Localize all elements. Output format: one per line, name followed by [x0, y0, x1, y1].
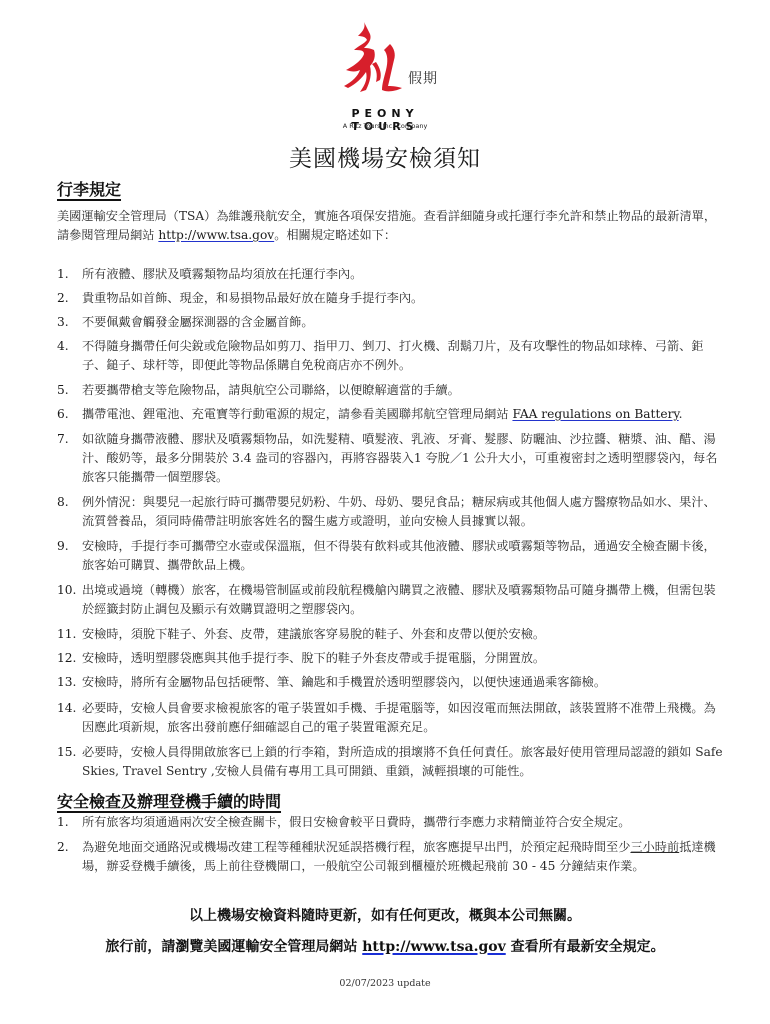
list-number: 3.	[57, 313, 69, 332]
tsa-reminder-notice: 旅行前，請瀏覽美國運輸安全管理局網站 http://www.tsa.gov 查看…	[0, 936, 770, 956]
disclaimer-notice: 以上機場安檢資料隨時更新，如有任何更改，概與本公司無關。	[0, 905, 770, 925]
list-text: 攜帶電池、鋰電池、充電寶等行動電源的規定，請參看美國聯邦航空管理局網站	[82, 407, 512, 421]
list-item: 15. 必要時，安檢人員得開啟旅客已上鎖的行李箱，對所造成的損壞將不負任何責任。…	[57, 743, 727, 781]
peony-calligraphy-logo-icon	[336, 20, 416, 100]
list-item: 6. 攜帶電池、鋰電池、充電寶等行動電源的規定，請參看美國聯邦航空管理局網站 F…	[57, 405, 727, 424]
list-text: 所有旅客均須通過兩次安全檢查關卡，假日安檢會較平日費時，攜帶行李應力求精簡並符合…	[82, 815, 630, 829]
section-heading-luggage: 行李規定	[57, 177, 121, 200]
checkin-rules-list: 1. 所有旅客均須通過兩次安全檢查關卡，假日安檢會較平日費時，攜帶行李應力求精簡…	[57, 813, 727, 876]
list-text: 不要佩戴會觸發金屬探測器的含金屬首飾。	[82, 315, 314, 329]
list-text: 不得隨身攜帶任何尖銳或危險物品如剪刀、指甲刀、剉刀、打火機、刮鬍刀片，及有攻擊性…	[82, 339, 704, 372]
list-text: 安檢時，將所有金屬物品包括硬幣、筆、鑰匙和手機置於透明塑膠袋內，以便快速通過乘客…	[82, 675, 606, 689]
list-text: 例外情況：與嬰兒一起旅行時可攜帶嬰兒奶粉、牛奶、母奶、嬰兒食品；糖尿病或其他個人…	[82, 495, 716, 528]
list-number: 14.	[57, 699, 76, 718]
page-title: 美國機場安檢須知	[0, 140, 770, 173]
list-item: 2. 為避免地面交通路況或機場改建工程等種種狀況延誤搭機行程，旅客應提早出門，於…	[57, 838, 727, 876]
list-item: 4. 不得隨身攜帶任何尖銳或危險物品如剪刀、指甲刀、剉刀、打火機、刮鬍刀片，及有…	[57, 337, 727, 375]
list-number: 8.	[57, 493, 69, 512]
intro-paragraph: 美國運輸安全管理局（TSA）為維護飛航安全，實施各項保安措施。查看詳細隨身或托運…	[57, 207, 722, 245]
list-text: 所有液體、膠狀及噴霧類物品均須放在托運行李內。	[82, 267, 362, 281]
list-text-end: .	[679, 407, 683, 421]
list-item: 12. 安檢時，透明塑膠袋應與其他手提行李、脫下的鞋子外套皮帶或手提電腦，分開置…	[57, 649, 727, 668]
tsa-website-link-footer[interactable]: http://www.tsa.gov	[362, 939, 505, 955]
list-item: 2. 貴重物品如首飾、現金，和易損物品最好放在隨身手提行李內。	[57, 289, 727, 308]
list-text: 必要時，安檢人員得開啟旅客已上鎖的行李箱，對所造成的損壞將不負任何責任。旅客最好…	[82, 745, 723, 778]
list-item: 8. 例外情況：與嬰兒一起旅行時可攜帶嬰兒奶粉、牛奶、母奶、嬰兒食品；糖尿病或其…	[57, 493, 727, 531]
list-number: 10.	[57, 581, 76, 600]
list-number: 1.	[57, 813, 69, 832]
faa-battery-link[interactable]: FAA regulations on Battery	[512, 407, 678, 421]
notice-text-end: 查看所有最新安全規定。	[506, 939, 665, 955]
list-number: 4.	[57, 337, 69, 356]
list-number: 15.	[57, 743, 76, 762]
section-heading-checkin-time: 安全檢查及辦理登機手續的時間	[57, 789, 281, 812]
document-page: 假期 PEONY TOURS A Ritz Tours Inc. Company…	[0, 0, 770, 1024]
list-item: 1. 所有液體、膠狀及噴霧類物品均須放在托運行李內。	[57, 265, 727, 284]
list-text: 安檢時，須脫下鞋子、外套、皮帶，建議旅客穿易脫的鞋子、外套和皮帶以便於安檢。	[82, 627, 545, 641]
list-text: 出境或過境（轉機）旅客，在機場管制區或前段航程機艙內購買之液體、膠狀及噴霧類物品…	[82, 583, 716, 616]
list-item: 9. 安檢時，手提行李可攜帶空水壺或保溫瓶，但不得裝有飲料或其他液體、膠狀或噴霧…	[57, 537, 727, 575]
list-item: 10. 出境或過境（轉機）旅客，在機場管制區或前段航程機艙內購買之液體、膠狀及噴…	[57, 581, 727, 619]
list-item: 3. 不要佩戴會觸發金屬探測器的含金屬首飾。	[57, 313, 727, 332]
emphasis-three-hours: 三小時前	[630, 840, 679, 854]
list-number: 9.	[57, 537, 69, 556]
list-number: 5.	[57, 381, 69, 400]
list-item: 7. 如欲隨身攜帶液體、膠狀及噴霧類物品，如洗髮精、噴髮液、乳液、牙膏、髮膠、防…	[57, 430, 727, 487]
list-text: 貴重物品如首飾、現金，和易損物品最好放在隨身手提行李內。	[82, 291, 423, 305]
list-number: 2.	[57, 289, 69, 308]
peony-tours-logo: 假期 PEONY TOURS A Ritz Tours Inc. Company	[300, 16, 500, 136]
list-number: 6.	[57, 405, 69, 424]
list-text: 為避免地面交通路況或機場改建工程等種種狀況延誤搭機行程，旅客應提早出門，於預定起…	[82, 840, 630, 854]
list-item: 1. 所有旅客均須通過兩次安全檢查關卡，假日安檢會較平日費時，攜帶行李應力求精簡…	[57, 813, 727, 832]
list-item: 14. 必要時，安檢人員會要求檢視旅客的電子裝置如手機、手提電腦等，如因沒電而無…	[57, 699, 727, 737]
list-item: 5. 若要攜帶槍支等危險物品，請與航空公司聯絡，以便瞭解適當的手續。	[57, 381, 727, 400]
list-number: 11.	[57, 625, 76, 644]
intro-text-end: 。相關規定略述如下：	[274, 228, 396, 242]
update-date: 02/07/2023 update	[0, 978, 770, 989]
luggage-rules-list: 1. 所有液體、膠狀及噴霧類物品均須放在托運行李內。 2. 貴重物品如首飾、現金…	[57, 265, 727, 781]
logo-chinese-text: 假期	[408, 68, 438, 88]
logo-subtitle: A Ritz Tours Inc. Company	[320, 122, 450, 130]
list-text: 若要攜帶槍支等危險物品，請與航空公司聯絡，以便瞭解適當的手續。	[82, 383, 460, 397]
list-number: 13.	[57, 673, 76, 692]
list-text: 如欲隨身攜帶液體、膠狀及噴霧類物品，如洗髮精、噴髮液、乳液、牙膏、髮膠、防曬油、…	[82, 432, 717, 484]
list-number: 7.	[57, 430, 69, 449]
list-item: 13. 安檢時，將所有金屬物品包括硬幣、筆、鑰匙和手機置於透明塑膠袋內，以便快速…	[57, 673, 727, 692]
list-text: 安檢時，透明塑膠袋應與其他手提行李、脫下的鞋子外套皮帶或手提電腦，分開置放。	[82, 651, 545, 665]
list-number: 1.	[57, 265, 69, 284]
list-text: 必要時，安檢人員會要求檢視旅客的電子裝置如手機、手提電腦等，如因沒電而無法開啟，…	[82, 701, 716, 734]
tsa-website-link[interactable]: http://www.tsa.gov	[158, 228, 274, 242]
list-item: 11. 安檢時，須脫下鞋子、外套、皮帶，建議旅客穿易脫的鞋子、外套和皮帶以便於安…	[57, 625, 727, 644]
list-number: 12.	[57, 649, 76, 668]
notice-text: 旅行前，請瀏覽美國運輸安全管理局網站	[105, 939, 362, 955]
list-text: 安檢時，手提行李可攜帶空水壺或保溫瓶，但不得裝有飲料或其他液體、膠狀或噴霧類等物…	[82, 539, 716, 572]
list-number: 2.	[57, 838, 69, 857]
